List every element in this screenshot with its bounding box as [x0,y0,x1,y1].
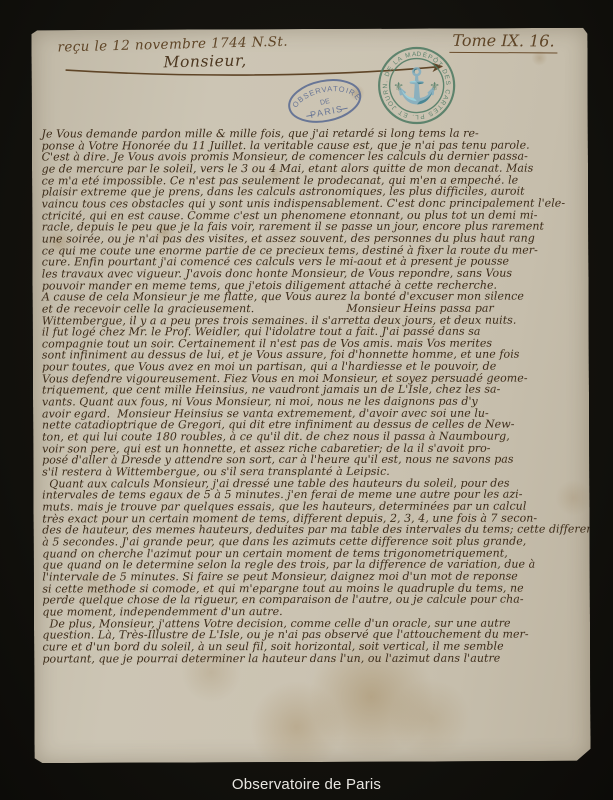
fleur-de-lis-right-icon: ⚜ [429,79,440,93]
manuscript-page: reçu le 12 novembre 1744 N.St. Tome IX. … [31,28,590,763]
letter-line: pourtant, que je pourrai determiner la h… [42,652,588,665]
tome-number-annotation: Tome IX. 16. [449,31,557,54]
salutation: Monsieur, [163,52,247,72]
marine-anchor-stamp-icon: DÉPÔT DES CARTES PL. ET JOURN. DE LA MAR… [376,45,456,125]
fleur-de-lis-left-icon: ⚜ [393,80,404,94]
letter-body: Je Vous demande pardon mille & mille foi… [42,128,589,665]
archive-caption: Observatoire de Paris [0,776,613,793]
